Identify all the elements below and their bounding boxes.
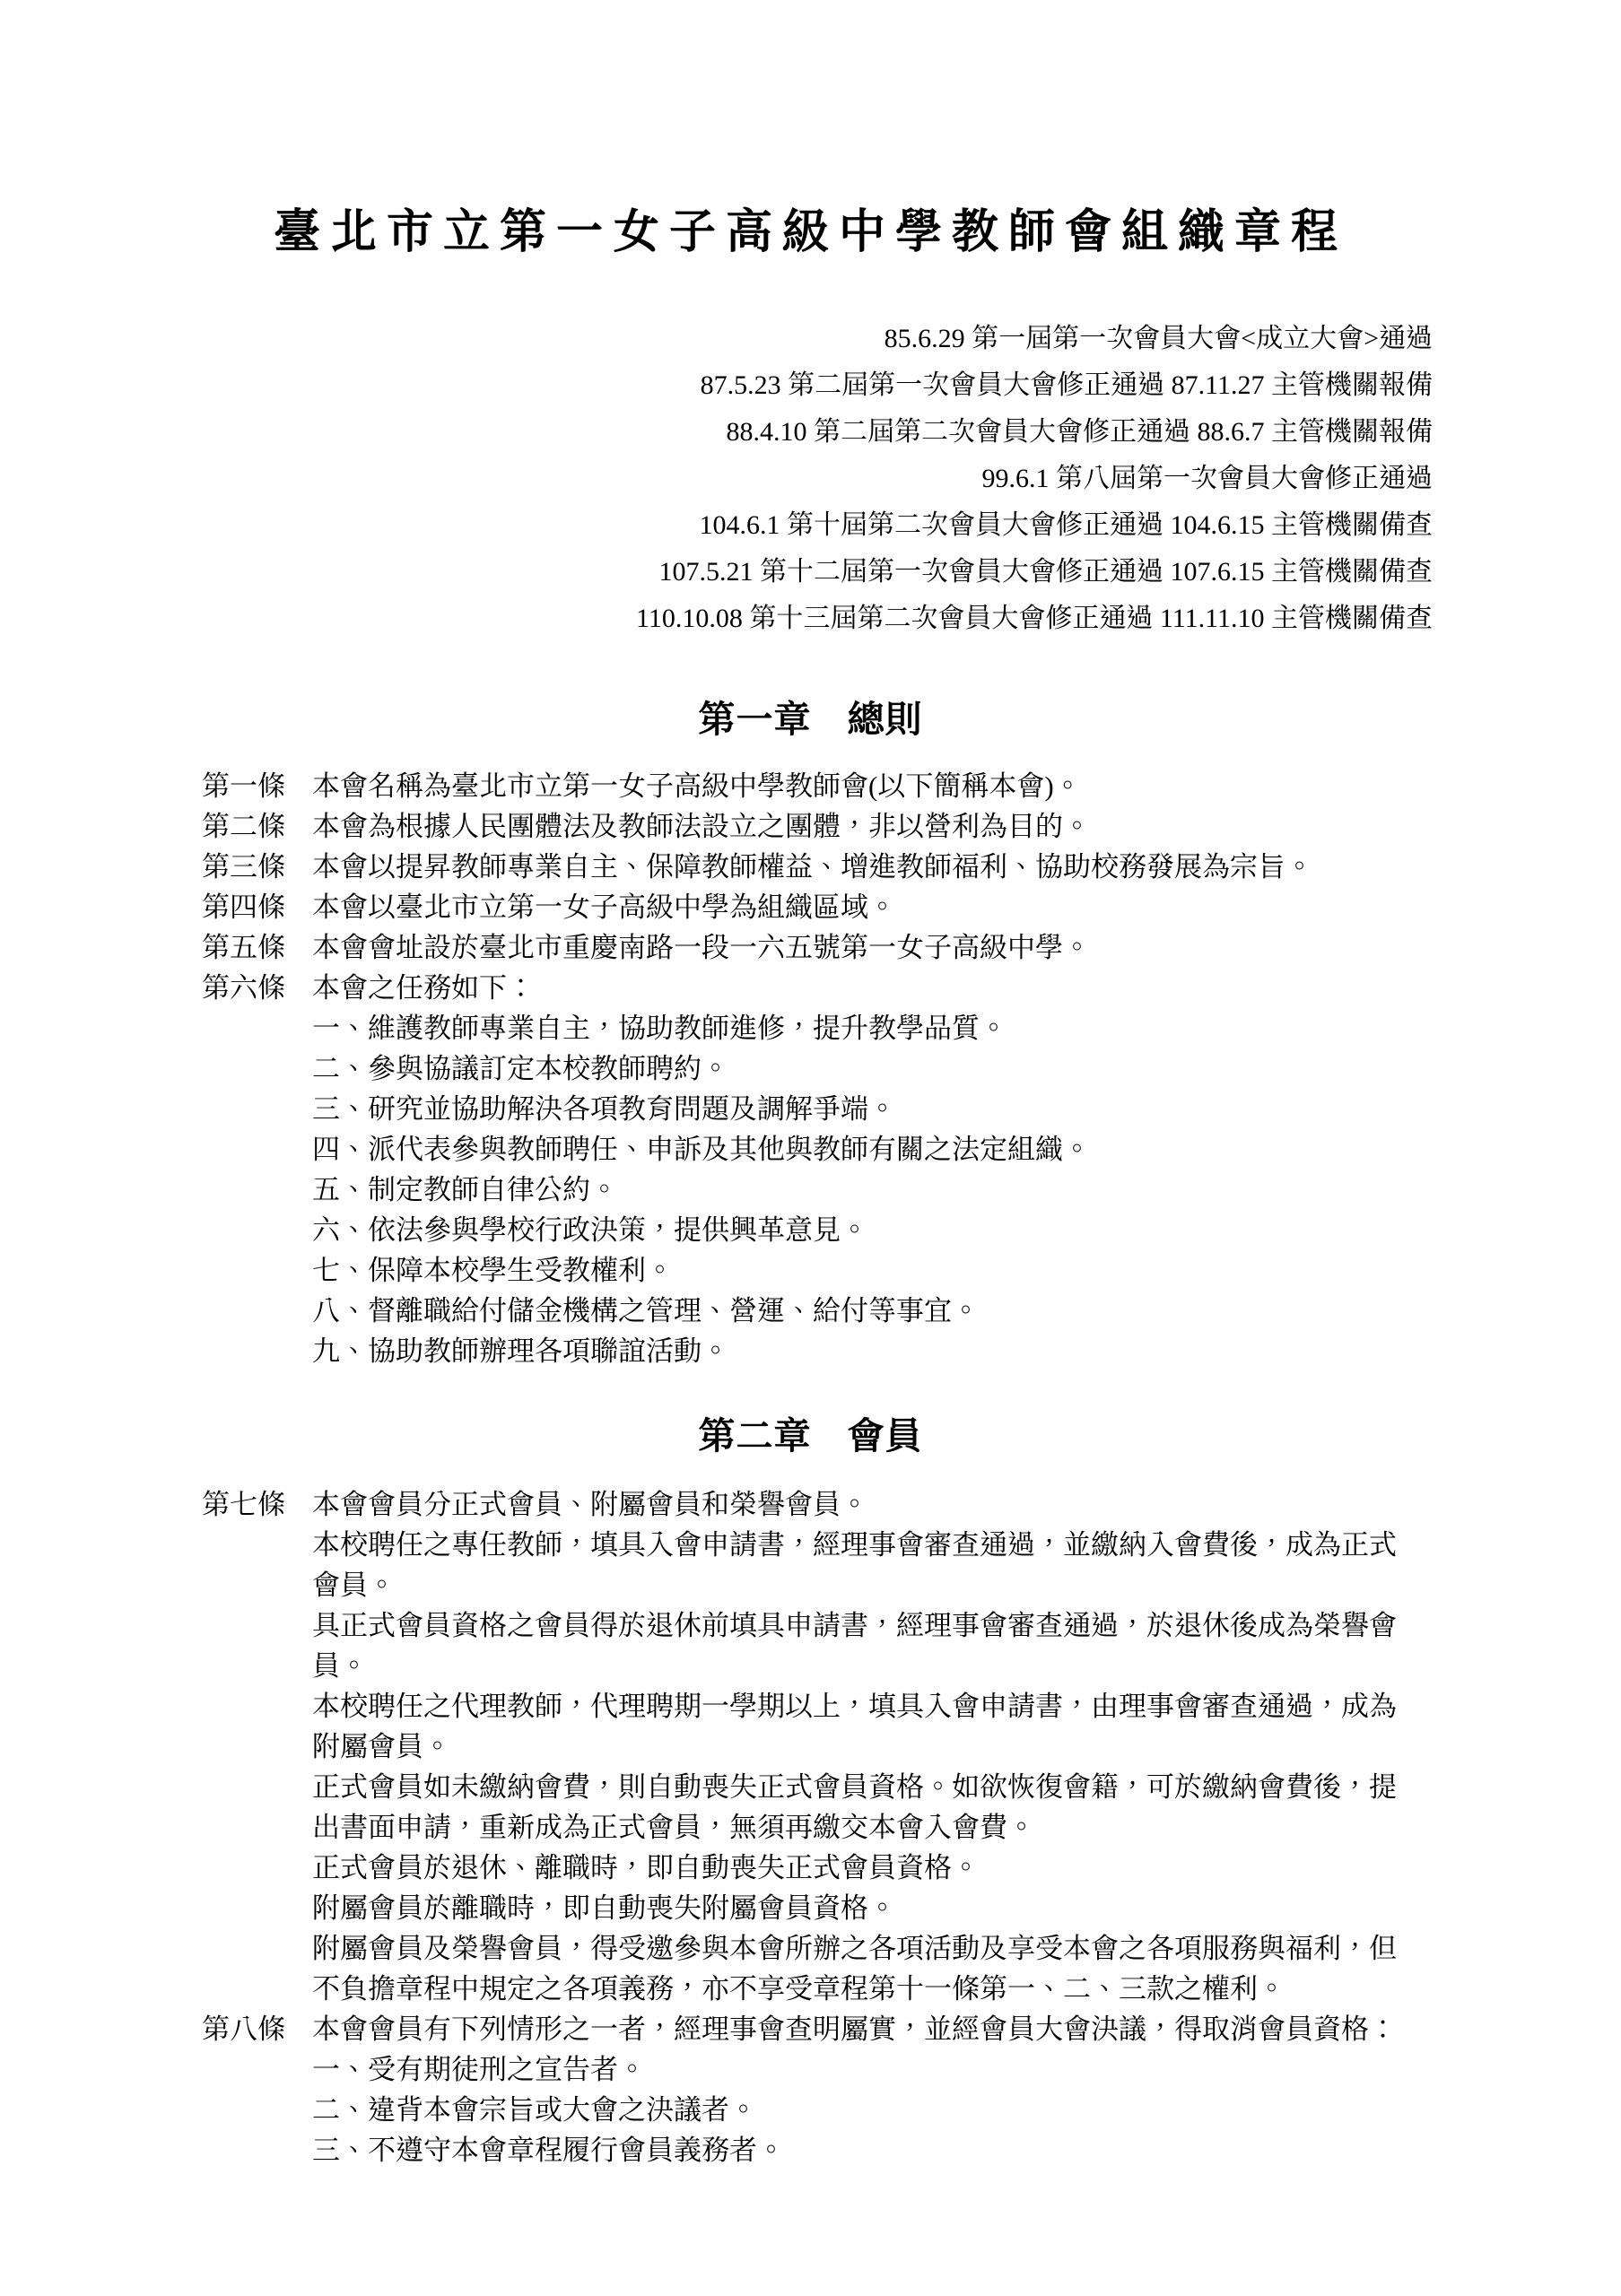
article-8: 第八條 本會會員有下列情形之一者，經理事會查明屬實，並經會員大會決議，得取消會員… (202, 2009, 1416, 2170)
article-item: 三、研究並協助解決各項教育問題及調解爭端。 (312, 1089, 1416, 1129)
article-3-body: 本會以提昇教師專業自主、保障教師權益、增進教師福利、協助校務發展為宗旨。 (312, 847, 1416, 887)
article-5-label: 第五條 (202, 927, 312, 968)
article-1-body: 本會名稱為臺北市立第一女子高級中學教師會(以下簡稱本會)。 (312, 766, 1416, 806)
chapter-1-title: 總則 (848, 699, 923, 740)
article-4: 第四條 本會以臺北市立第一女子高級中學為組織區域。 (202, 887, 1416, 927)
article-paragraph: 本會會員分正式會員、附屬會員和榮譽會員。 (312, 1484, 1416, 1525)
article-4-body: 本會以臺北市立第一女子高級中學為組織區域。 (312, 887, 1416, 927)
chapter-1-heading: 第一章總則 (0, 694, 1621, 744)
article-paragraph: 正式會員於退休、離職時，即自動喪失正式會員資格。 (312, 1848, 1416, 1888)
article-2-label: 第二條 (202, 806, 312, 847)
article-paragraph: 本會以提昇教師專業自主、保障教師權益、增進教師福利、協助校務發展為宗旨。 (312, 847, 1416, 887)
article-paragraph: 本校聘任之代理教師，代理聘期一學期以上，填具入會申請書，由理事會審查通過，成為附… (312, 1686, 1416, 1767)
article-paragraph: 本會之任務如下： (312, 968, 1416, 1008)
article-3: 第三條 本會以提昇教師專業自主、保障教師權益、增進教師福利、協助校務發展為宗旨。 (202, 847, 1416, 887)
article-1: 第一條 本會名稱為臺北市立第一女子高級中學教師會(以下簡稱本會)。 (202, 766, 1416, 806)
chapter-2-heading: 第二章會員 (0, 1411, 1621, 1461)
chapter-2-articles: 第七條 本會會員分正式會員、附屬會員和榮譽會員。 本校聘任之專任教師，填具入會申… (0, 1484, 1621, 2170)
article-item: 七、保障本校學生受教權利。 (312, 1250, 1416, 1291)
article-5: 第五條 本會會址設於臺北市重慶南路一段一六五號第一女子高級中學。 (202, 927, 1416, 968)
revision-line: 99.6.1 第八屆第一次會員大會修正通過 (0, 456, 1433, 502)
article-paragraph: 本會為根據人民團體法及教師法設立之團體，非以營利為目的。 (312, 806, 1416, 847)
revision-line: 87.5.23 第二屆第一次會員大會修正通過 87.11.27 主管機關報備 (0, 362, 1433, 409)
document-page: 臺北市立第一女子高級中學教師會組織章程 85.6.29 第一屆第一次會員大會<成… (0, 0, 1621, 2296)
article-item: 一、受有期徒刑之宣告者。 (312, 2049, 1416, 2090)
document-title: 臺北市立第一女子高級中學教師會組織章程 (0, 0, 1621, 260)
article-6: 第六條 本會之任務如下： 一、維護教師專業自主，協助教師進修，提升教學品質。 二… (202, 968, 1416, 1371)
chapter-2-title: 會員 (848, 1415, 923, 1457)
article-item: 八、督離職給付儲金機構之管理、營運、給付等事宜。 (312, 1291, 1416, 1331)
chapter-1-number: 第一章 (699, 699, 812, 740)
article-2-body: 本會為根據人民團體法及教師法設立之團體，非以營利為目的。 (312, 806, 1416, 847)
revision-line: 107.5.21 第十二屆第一次會員大會修正通過 107.6.15 主管機關備查 (0, 549, 1433, 596)
article-6-label: 第六條 (202, 968, 312, 1008)
article-paragraph: 本校聘任之專任教師，填具入會申請書，經理事會審查通過，並繳納入會費後，成為正式會… (312, 1525, 1416, 1605)
article-7-label: 第七條 (202, 1484, 312, 1525)
article-item: 一、維護教師專業自主，協助教師進修，提升教學品質。 (312, 1008, 1416, 1048)
chapter-1-articles: 第一條 本會名稱為臺北市立第一女子高級中學教師會(以下簡稱本會)。 第二條 本會… (0, 766, 1621, 1371)
article-paragraph: 正式會員如未繳納會費，則自動喪失正式會員資格。如欲恢復會籍，可於繳納會費後，提出… (312, 1767, 1416, 1848)
chapter-2-number: 第二章 (699, 1415, 812, 1457)
article-item: 四、派代表參與教師聘任、申訴及其他與教師有關之法定組織。 (312, 1129, 1416, 1170)
article-8-label: 第八條 (202, 2009, 312, 2049)
article-paragraph: 附屬會員及榮譽會員，得受邀參與本會所辦之各項活動及享受本會之各項服務與福利，但不… (312, 1928, 1416, 2009)
article-item: 五、制定教師自律公約。 (312, 1170, 1416, 1210)
article-1-label: 第一條 (202, 766, 312, 806)
revision-line: 104.6.1 第十屆第二次會員大會修正通過 104.6.15 主管機關備查 (0, 502, 1433, 549)
article-item: 三、不遵守本會章程履行會員義務者。 (312, 2130, 1416, 2170)
article-item: 九、協助教師辦理各項聯誼活動。 (312, 1331, 1416, 1371)
article-paragraph: 附屬會員於離職時，即自動喪失附屬會員資格。 (312, 1888, 1416, 1928)
article-item: 二、違背本會宗旨或大會之決議者。 (312, 2090, 1416, 2130)
article-item: 二、參與協議訂定本校教師聘約。 (312, 1048, 1416, 1089)
article-paragraph: 本會會址設於臺北市重慶南路一段一六五號第一女子高級中學。 (312, 927, 1416, 968)
article-item: 六、依法參與學校行政決策，提供興革意見。 (312, 1210, 1416, 1250)
article-6-body: 本會之任務如下： 一、維護教師專業自主，協助教師進修，提升教學品質。 二、參與協… (312, 968, 1416, 1371)
revision-line: 110.10.08 第十三屆第二次會員大會修正通過 111.11.10 主管機關… (0, 596, 1433, 642)
article-7-body: 本會會員分正式會員、附屬會員和榮譽會員。 本校聘任之專任教師，填具入會申請書，經… (312, 1484, 1416, 2009)
revision-line: 88.4.10 第二屆第二次會員大會修正通過 88.6.7 主管機關報備 (0, 409, 1433, 456)
article-paragraph: 本會會員有下列情形之一者，經理事會查明屬實，並經會員大會決議，得取消會員資格： (312, 2009, 1416, 2049)
revision-line: 85.6.29 第一屆第一次會員大會<成立大會>通過 (0, 316, 1433, 362)
article-8-body: 本會會員有下列情形之一者，經理事會查明屬實，並經會員大會決議，得取消會員資格： … (312, 2009, 1416, 2170)
article-paragraph: 本會名稱為臺北市立第一女子高級中學教師會(以下簡稱本會)。 (312, 766, 1416, 806)
article-4-label: 第四條 (202, 887, 312, 927)
article-2: 第二條 本會為根據人民團體法及教師法設立之團體，非以營利為目的。 (202, 806, 1416, 847)
revision-history: 85.6.29 第一屆第一次會員大會<成立大會>通過 87.5.23 第二屆第一… (0, 316, 1621, 642)
article-5-body: 本會會址設於臺北市重慶南路一段一六五號第一女子高級中學。 (312, 927, 1416, 968)
article-paragraph: 具正式會員資格之會員得於退休前填具申請書，經理事會審查通過，於退休後成為榮譽會員… (312, 1605, 1416, 1686)
article-paragraph: 本會以臺北市立第一女子高級中學為組織區域。 (312, 887, 1416, 927)
article-7: 第七條 本會會員分正式會員、附屬會員和榮譽會員。 本校聘任之專任教師，填具入會申… (202, 1484, 1416, 2009)
article-3-label: 第三條 (202, 847, 312, 887)
